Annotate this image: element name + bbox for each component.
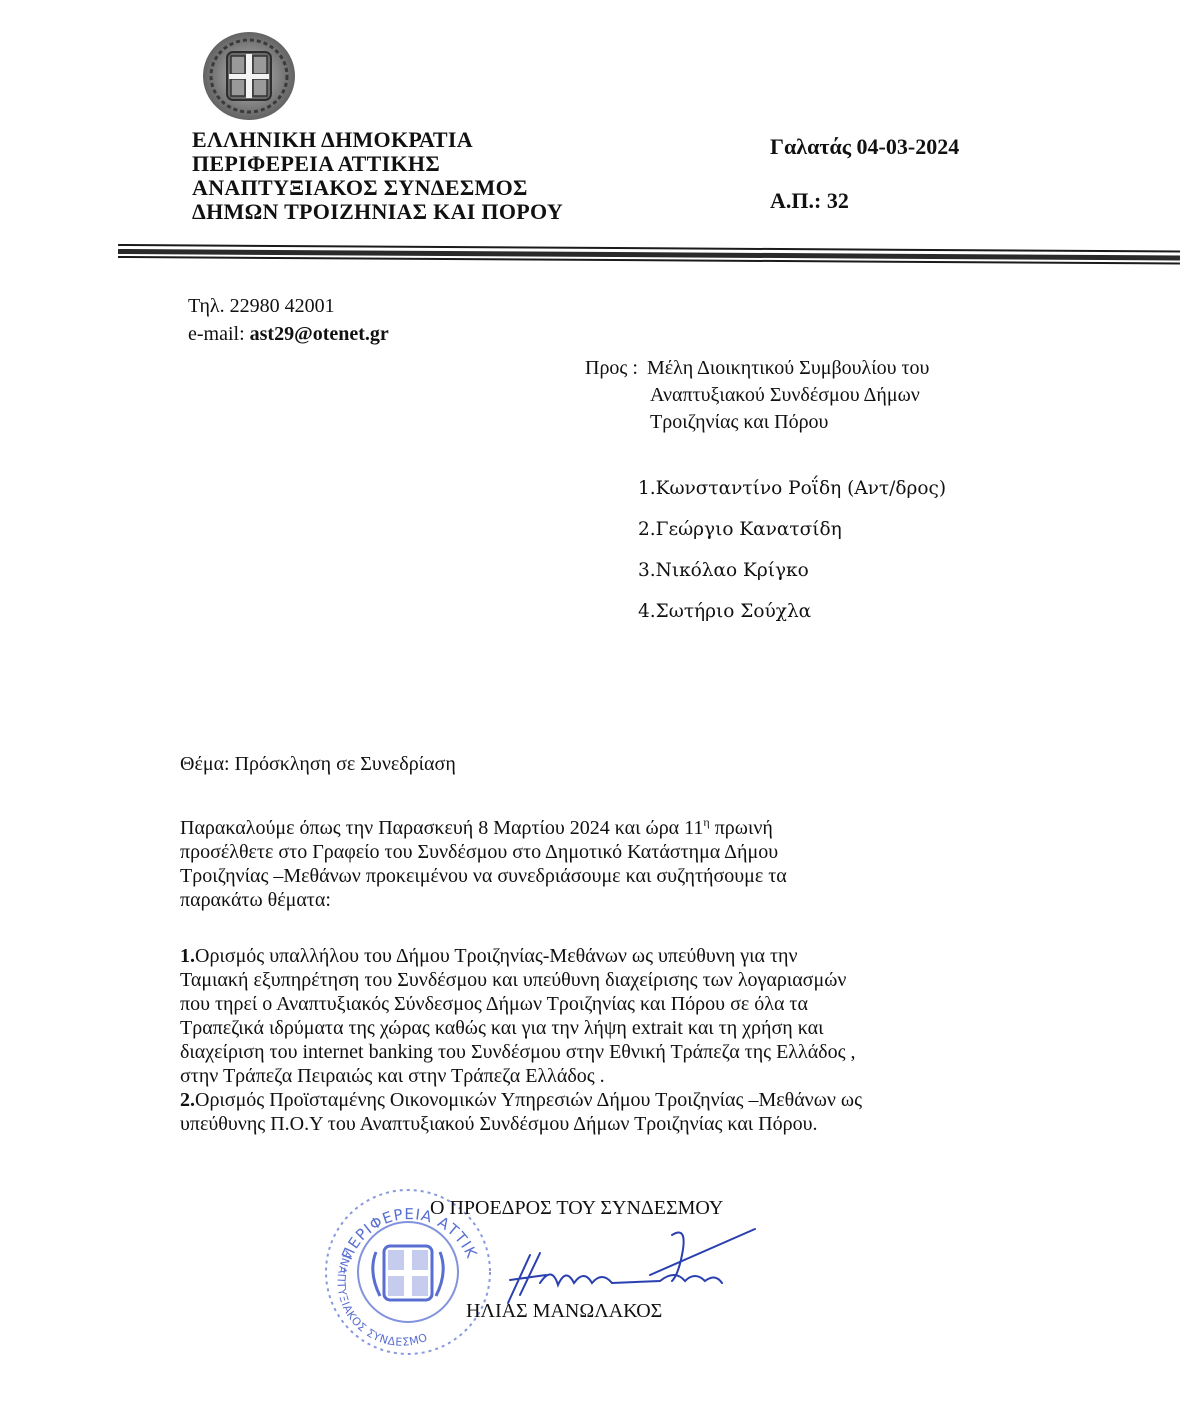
agenda-list: 1.Ορισμός υπαλλήλου του Δήμου Τροιζηνίας… [180,944,1040,1136]
signatory-title: Ο ΠΡΟΕΔΡΟΣ ΤΟΥ ΣΥΝΔΕΣΜΟΥ [430,1197,723,1220]
agenda-number: 2. [180,1089,195,1111]
agenda-item: 1.Ορισμός υπαλλήλου του Δήμου Τροιζηνίας… [180,944,1040,968]
email-line: e-mail: ast29@otenet.gr [188,320,389,348]
org-line: ΕΛΛΗΝΙΚΗ ΔΗΜΟΚΡΑΤΙΑ [192,128,563,152]
org-line: ΑΝΑΠΤΥΞΙΑΚΟΣ ΣΥΝΔΕΣΜΟΣ [192,176,563,200]
recipient-block: Προς :Μέλη Διοικητικού Συμβουλίου του Αν… [585,355,929,436]
subject-line: Θέμα: Πρόσκληση σε Συνεδρίαση [180,753,456,776]
organization-header: ΕΛΛΗΝΙΚΗ ΔΗΜΟΚΡΑΤΙΑ ΠΕΡΙΦΕΡΕΙΑ ΑΤΤΙΚΗΣ Α… [192,128,563,224]
contact-info: Τηλ. 22980 42001 e-mail: ast29@otenet.gr [188,292,389,348]
email-label: e-mail: [188,323,250,345]
agenda-number: 1. [180,945,195,967]
protocol-number: Α.Π.: 32 [770,188,849,214]
member-item: 3.Νικόλαο Κρίγκο [638,560,946,601]
phone: Τηλ. 22980 42001 [188,292,389,320]
agenda-text: στην Τράπεζα Πειραιώς και στην Τράπεζα Ε… [180,1064,1040,1088]
place-date: Γαλατάς 04-03-2024 [770,134,959,160]
greek-coat-of-arms-icon [200,28,298,124]
agenda-text: Ορισμός υπαλλήλου του Δήμου Τροιζηνίας-Μ… [195,945,798,967]
body-paragraph: Παρακαλούμε όπως την Παρασκευή 8 Μαρτίου… [180,810,1030,912]
recipient-line: Τροιζηνίας και Πόρου [585,409,929,436]
agenda-text: Ορισμός Προϊσταμένης Οικονομικών Υπηρεσι… [195,1089,862,1111]
agenda-text: Τραπεζικά ιδρύματα της χώρας καθώς και γ… [180,1016,1040,1040]
agenda-item: 2.Ορισμός Προϊσταμένης Οικονομικών Υπηρε… [180,1088,1040,1112]
member-item: 1.Κωνσταντίνο Ροΐδη (Αντ/δρος) [638,478,946,519]
body-text: πρωινή [710,817,773,839]
signatory-name: ΗΛΙΑΣ ΜΑΝΩΛΑΚΟΣ [466,1300,662,1323]
agenda-text: διαχείριση του internet banking του Συνδ… [180,1040,1040,1064]
member-list: 1.Κωνσταντίνο Ροΐδη (Αντ/δρος) 2.Γεώργιο… [638,478,946,642]
agenda-text: υπεύθυνης Π.Ο.Υ του Αναπτυξιακού Συνδέσμ… [180,1112,1040,1136]
email-address[interactable]: ast29@otenet.gr [250,323,389,345]
header-separator [118,244,1180,268]
member-item: 2.Γεώργιο Κανατσίδη [638,519,946,560]
body-text: παρακάτω θέματα: [180,888,1030,912]
recipient-line: Μέλη Διοικητικού Συμβουλίου του [647,357,929,379]
member-item: 4.Σωτήριο Σούχλα [638,601,946,642]
agenda-text: που τηρεί ο Αναπτυξιακός Σύνδεσμος Δήμων… [180,992,1040,1016]
body-text: Παρακαλούμε όπως την Παρασκευή 8 Μαρτίου… [180,817,703,839]
recipient-label: Προς : [585,355,647,382]
org-line: ΔΗΜΩΝ ΤΡΟΙΖΗΝΙΑΣ ΚΑΙ ΠΟΡΟΥ [192,200,563,224]
agenda-text: Ταμιακή εξυπηρέτηση του Συνδέσμου και υπ… [180,968,1040,992]
signature-scribble [500,1225,760,1305]
body-text: προσέλθετε στο Γραφείο του Συνδέσμου στο… [180,840,1030,864]
body-text: Τροιζηνίας –Μεθάνων προκειμένου να συνεδ… [180,864,1030,888]
recipient-line: Αναπτυξιακού Συνδέσμου Δήμων [585,382,929,409]
org-line: ΠΕΡΙΦΕΡΕΙΑ ΑΤΤΙΚΗΣ [192,152,563,176]
